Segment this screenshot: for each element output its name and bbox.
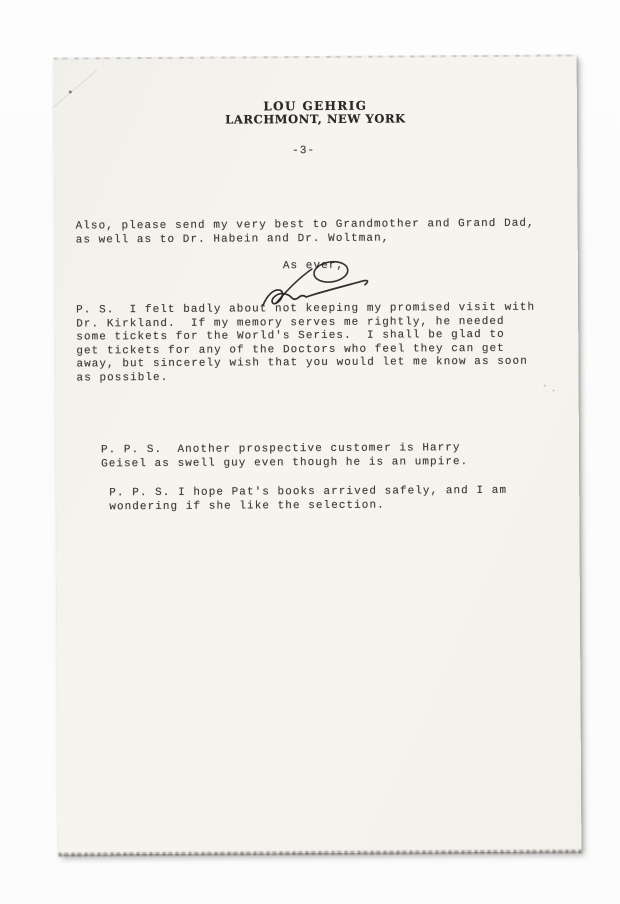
- post-postscript-2: P. P. S. I hope Pat's books arrived safe…: [109, 485, 507, 514]
- paragraph-regards: Also, please send my very best to Grandm…: [76, 218, 535, 248]
- postscript: P. S. I felt badly about not keeping my …: [76, 302, 536, 386]
- post-postscript-1: P. P. S. Another prospective customer is…: [101, 442, 468, 471]
- letterhead: LOU GEHRIG LARCHMONT, NEW YORK: [54, 98, 577, 127]
- signature-upstroke: [276, 269, 312, 303]
- paper-speck: [553, 390, 555, 392]
- photo-background: LOU GEHRIG LARCHMONT, NEW YORK -3- Also,…: [0, 0, 620, 904]
- letter-page: LOU GEHRIG LARCHMONT, NEW YORK -3- Also,…: [54, 55, 582, 854]
- paper-speck: [544, 385, 546, 387]
- paper-speck: [69, 90, 72, 93]
- letterhead-address: LARCHMONT, NEW YORK: [54, 111, 577, 127]
- signature-scrawl: [263, 280, 368, 305]
- page-number: -3-: [54, 143, 577, 160]
- closing-salutation: As ever,: [283, 260, 344, 274]
